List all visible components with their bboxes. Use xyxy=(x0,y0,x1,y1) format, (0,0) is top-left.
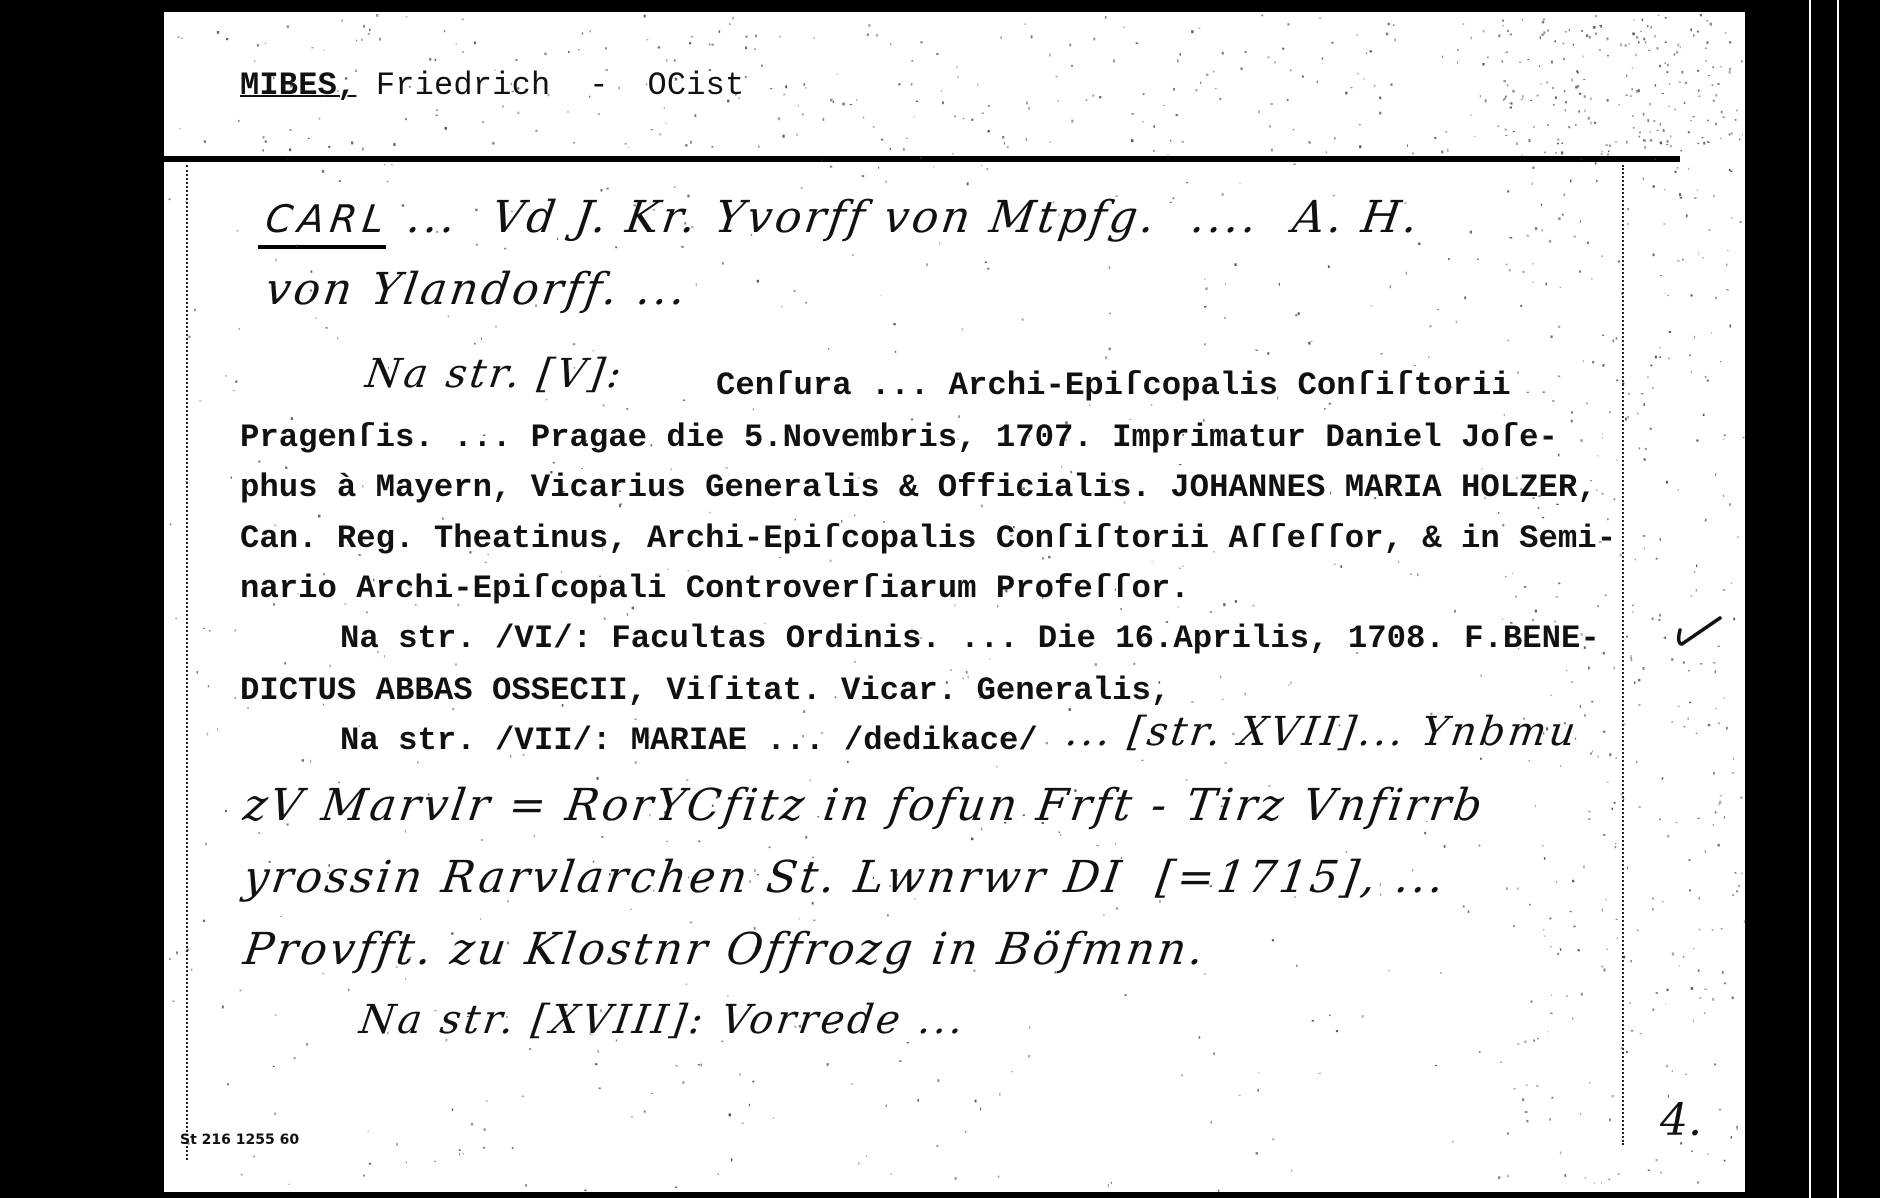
handwritten-name: CARL xyxy=(263,197,393,241)
header-rule xyxy=(164,156,1680,162)
typewritten-line-3: phus à Mayern, Vicarius Generalis & Offi… xyxy=(240,468,1597,508)
scan-edge-line xyxy=(1809,0,1811,1198)
handwritten-page-xvii-note: ... [str. XVII]... Ynbmu xyxy=(1062,704,1582,760)
card-header-title: MIBES, Friedrich - OCist xyxy=(240,66,744,106)
typewritten-line-5: nario Archi-Epiſcopali Controverſiarum P… xyxy=(240,569,1190,609)
handwritten-line-1: CARL ... Vd J. Kr. Yvorff von Mtpfg. ...… xyxy=(262,190,1424,247)
typewritten-line-7: DICTUS ABBAS OSSECII, Viſitat. Vicar. Ge… xyxy=(240,671,1170,711)
check-mark-icon xyxy=(1672,604,1728,652)
given-name-order: Friedrich - OCist xyxy=(356,67,744,104)
typewritten-line-6: Na str. /VI/: Facultas Ordinis. ... Die … xyxy=(340,619,1600,659)
typewritten-line-1: Cenſura ... Archi-Epiſcopalis Conſiſtori… xyxy=(716,366,1511,406)
right-margin-line xyxy=(1622,165,1624,1145)
page-number-mark: 4. xyxy=(1660,1095,1702,1146)
card-catalog-code: St 216 1255 60 xyxy=(180,1132,299,1148)
handwritten-page-xviii: Na str. [XVIII]: Vorrede ... xyxy=(356,992,970,1048)
page-v-label: Na str. [V]: xyxy=(362,346,628,402)
typewritten-line-2: Pragenſis. ... Pragae die 5.Novembris, 1… xyxy=(240,418,1558,458)
surname: MIBES, xyxy=(240,67,356,104)
name-underline xyxy=(258,245,386,249)
handwritten-line-2: von Ylandorff. ... xyxy=(262,262,692,318)
typewritten-line-4: Can. Reg. Theatinus, Archi-Epiſcopalis C… xyxy=(240,519,1616,559)
handwritten-line-a: zV Marvlr = RorYCfitz in fofun Frft - Ti… xyxy=(240,778,1489,834)
handwritten-line-c: Provfft. zu Klostnr Offrozg in Böfmnn. xyxy=(240,922,1210,978)
handwritten-line-1-rest: ... Vd J. Kr. Yvorff von Mtpfg. .... A. … xyxy=(387,192,1424,243)
typewritten-line-8: Na str. /VII/: MARIAE ... /dedikace/ xyxy=(340,721,1038,761)
scan-edge-line xyxy=(1837,0,1839,1198)
handwritten-line-b: yrossin Rarvlarchen St. Lwnrwr DI [=1715… xyxy=(240,850,1450,906)
left-margin-line xyxy=(186,165,188,1160)
